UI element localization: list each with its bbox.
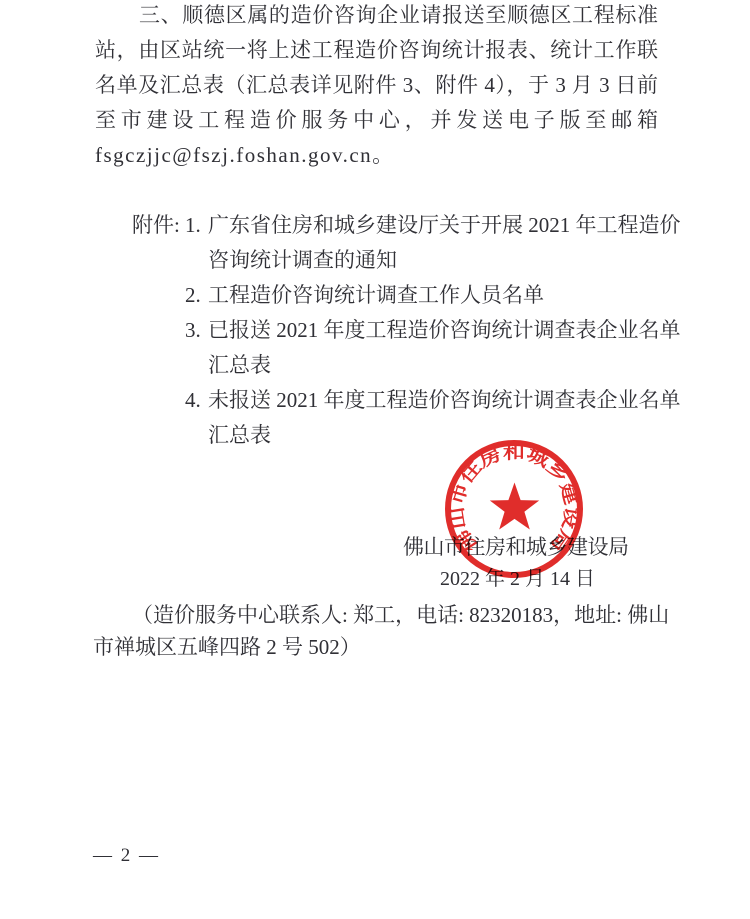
attachment-title-line: 汇总表: [208, 353, 271, 377]
attachment-title-line: 已报送 2021 年度工程造价咨询统计调查表企业名单: [208, 318, 681, 342]
body-paragraph: 三、顺德区属的造价咨询企业请报送至顺德区工程标准定额 站，由区站统一将上述工程造…: [95, 0, 658, 173]
body-line: 名单及汇总表（汇总表详见附件 3、附件 4），于 3 月 3 日前报送: [95, 68, 658, 103]
attachment-item-3: 3. 已报送 2021 年度工程造价咨询统计调查表企业名单汇总表: [185, 313, 681, 383]
attachment-label: 附件:: [132, 208, 180, 243]
attachment-item-1: 1. 广东省住房和城乡建设厅关于开展 2021 年工程造价咨询统计调查的通知: [185, 208, 681, 278]
attachment-title-line: 工程造价咨询统计调查工作人员名单: [208, 283, 544, 307]
attachment-number: 3.: [185, 313, 208, 383]
email-address: fsgczjjc@fszj.foshan.gov.cn。: [95, 138, 658, 173]
document-page: 三、顺德区属的造价咨询企业请报送至顺德区工程标准定额 站，由区站统一将上述工程造…: [0, 0, 750, 919]
body-line: 三、顺德区属的造价咨询企业请报送至顺德区工程标准定额: [95, 0, 658, 33]
attachment-number: 1.: [185, 208, 208, 278]
attachment-title: 广东省住房和城乡建设厅关于开展 2021 年工程造价咨询统计调查的通知: [208, 208, 681, 278]
attachment-item-4: 4. 未报送 2021 年度工程造价咨询统计调查表企业名单汇总表: [185, 383, 681, 453]
body-line: 站，由区站统一将上述工程造价咨询统计报表、统计工作联系人员: [95, 33, 658, 68]
attachment-title-line: 未报送 2021 年度工程造价咨询统计调查表企业名单: [208, 388, 681, 412]
attachment-title-line: 广东省住房和城乡建设厅关于开展 2021 年工程造价: [208, 213, 681, 237]
contact-note-line-1: （造价服务中心联系人: 郑工，电话: 82320183，地址: 佛山: [132, 598, 669, 633]
attachment-number: 2.: [185, 278, 208, 313]
body-line: 至市建设工程造价服务中心，并发送电子版至邮箱: [95, 103, 658, 138]
attachment-items: 1. 广东省住房和城乡建设厅关于开展 2021 年工程造价咨询统计调查的通知 2…: [185, 208, 681, 453]
attachment-title: 工程造价咨询统计调查工作人员名单: [208, 278, 544, 313]
attachment-title: 已报送 2021 年度工程造价咨询统计调查表企业名单汇总表: [208, 313, 681, 383]
seal-star-icon: [490, 483, 539, 530]
contact-note-line-2: 市禅城区五峰四路 2 号 502）: [93, 630, 361, 665]
attachment-title-line: 汇总表: [208, 423, 271, 447]
attachment-number: 4.: [185, 383, 208, 453]
official-seal: 佛山市住房和城乡建设局: [444, 439, 584, 579]
page-number: — 2 —: [93, 838, 160, 873]
attachment-item-2: 2. 工程造价咨询统计调查工作人员名单: [185, 278, 681, 313]
attachment-title-line: 咨询统计调查的通知: [208, 248, 397, 272]
attachment-list: 附件: 1. 广东省住房和城乡建设厅关于开展 2021 年工程造价咨询统计调查的…: [132, 208, 681, 453]
